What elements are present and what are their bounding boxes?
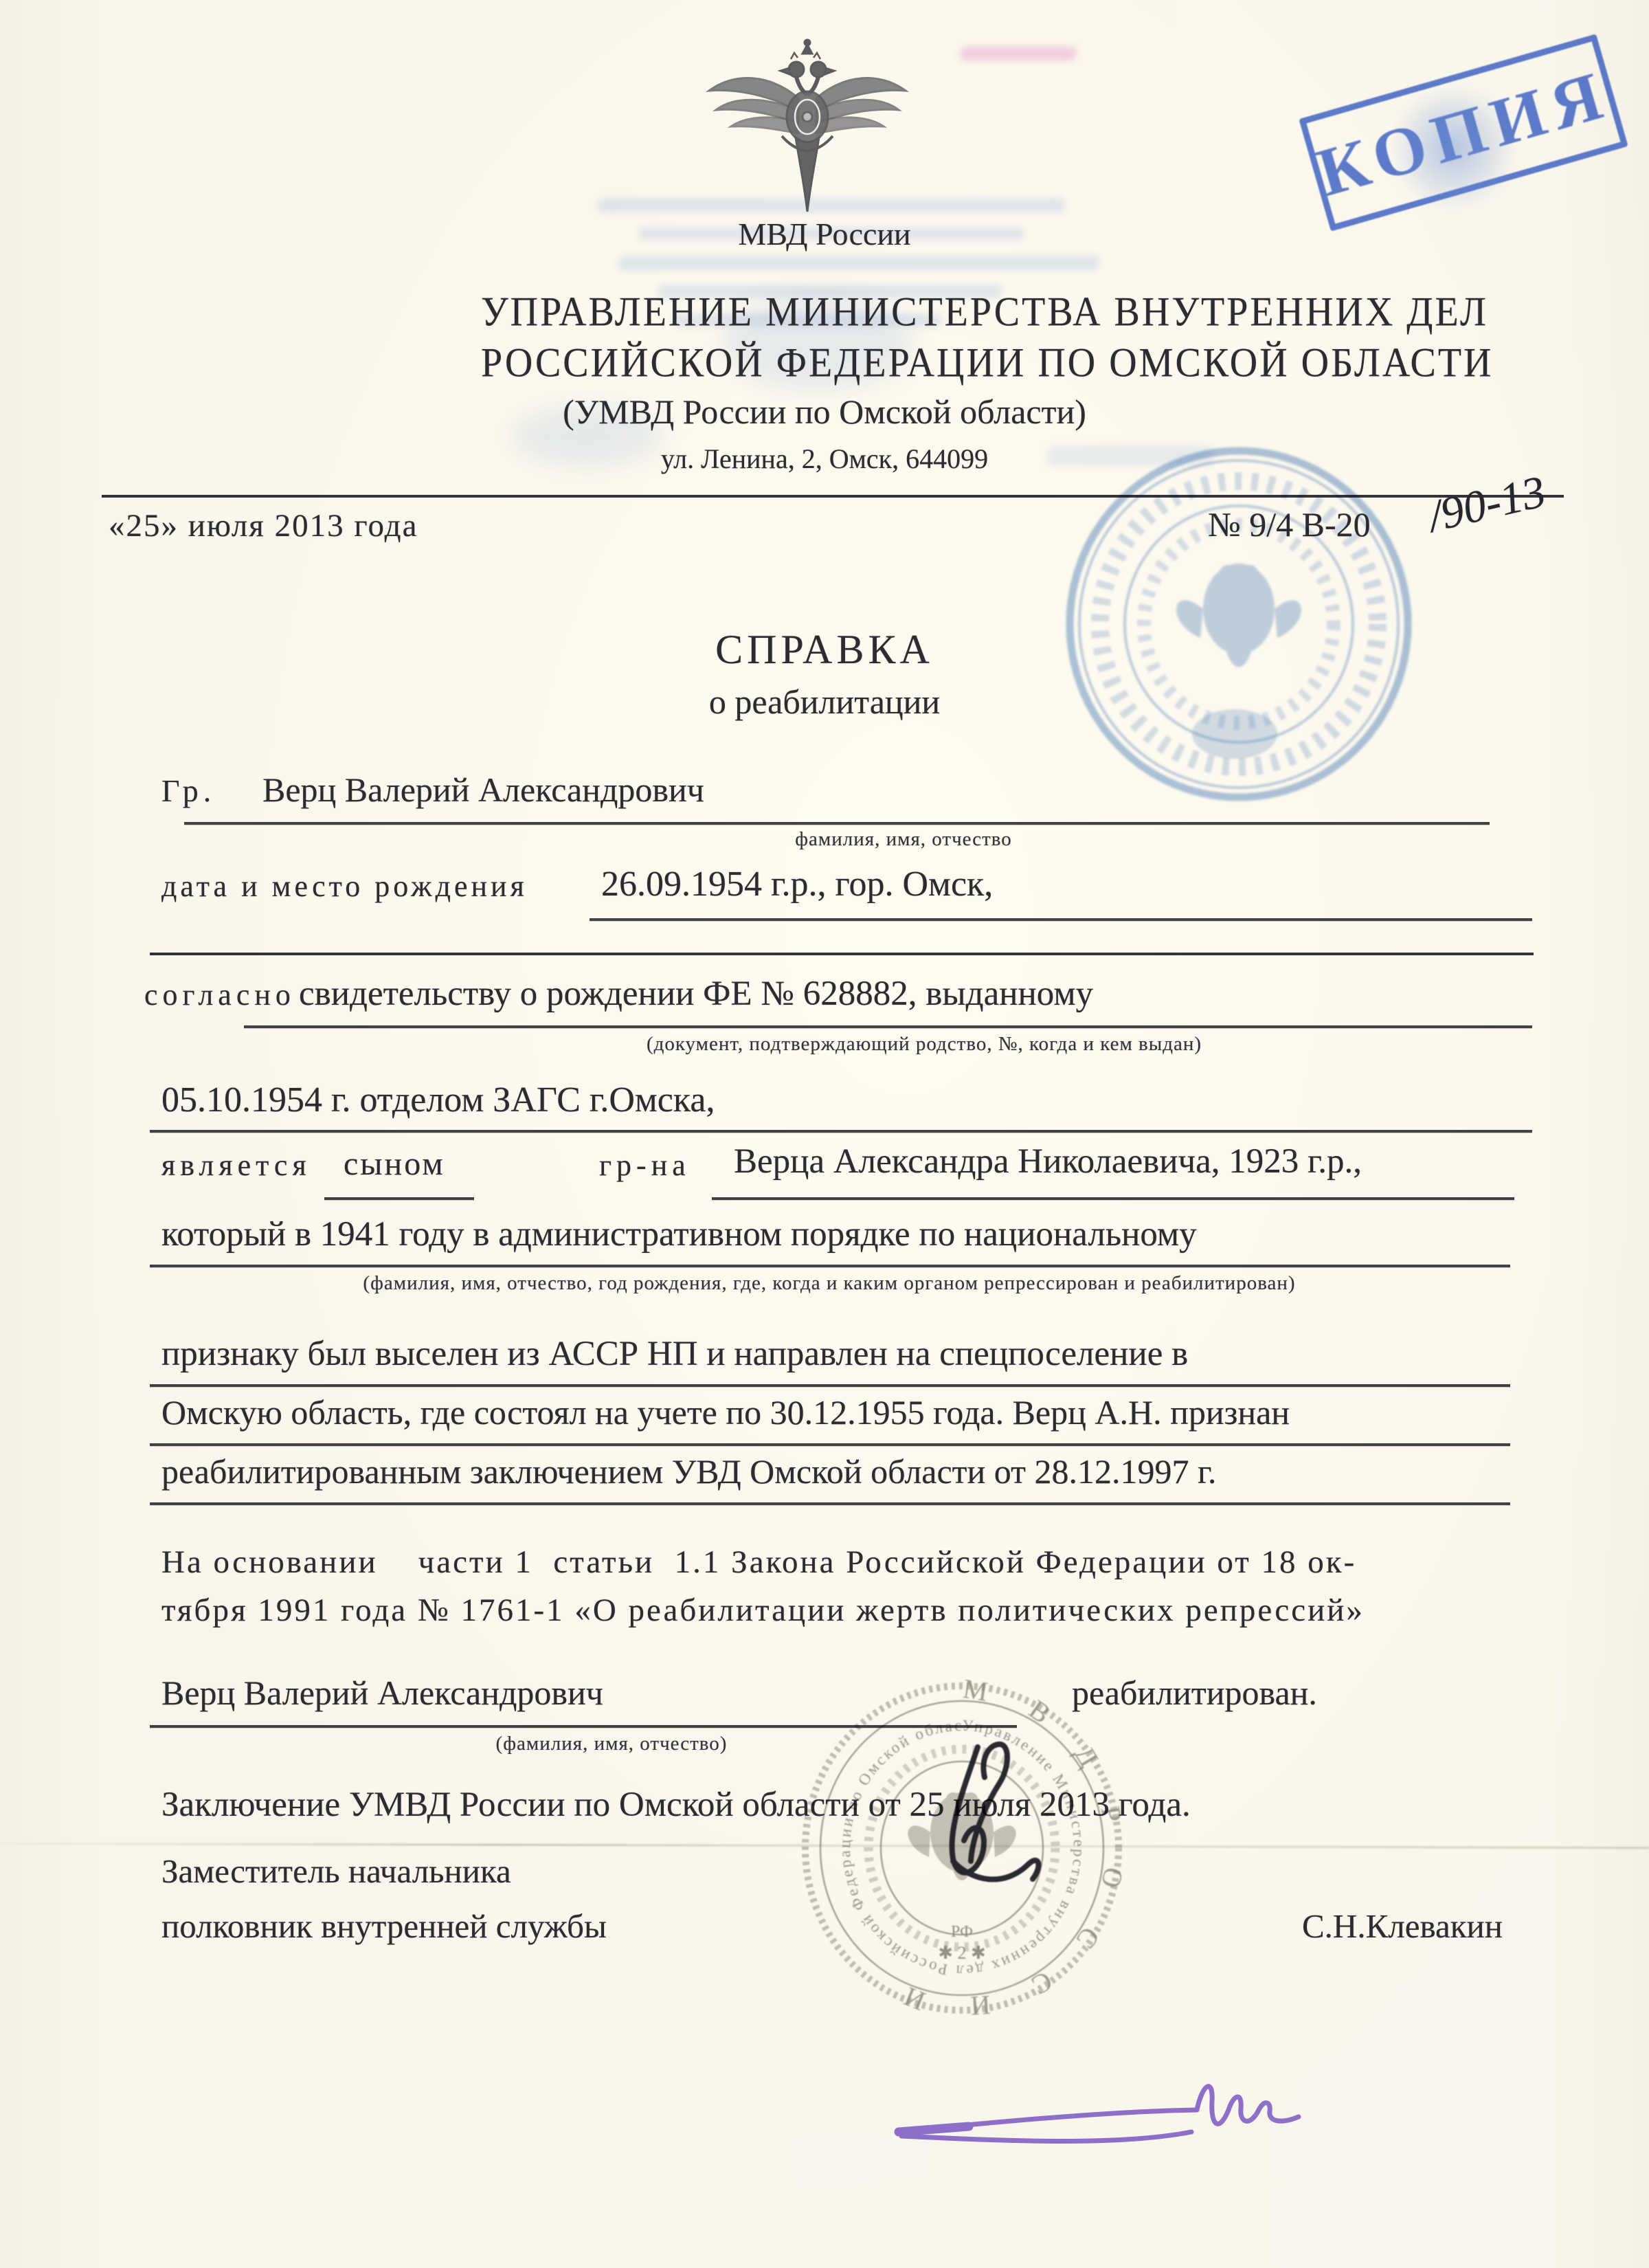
according-value: свидетельству о рождении ФЕ № 628882, вы… <box>299 975 1093 1013</box>
round-stamp-grey: М В Д Р О С С И И Управление Министерств… <box>800 1681 1123 2015</box>
stamp-rf-text: РФ <box>951 1923 973 1941</box>
field-underline <box>590 918 1532 921</box>
ink-bleedthrough <box>618 256 1100 271</box>
round-stamp-blue <box>1062 445 1415 803</box>
field-underline <box>150 1130 1532 1133</box>
field-underline <box>150 1265 1510 1267</box>
document-number-handwritten: /90-13 <box>1424 467 1550 542</box>
document-page: МВД России УПРАВЛЕНИЕ МИНИСТЕРСТВА ВНУТР… <box>0 0 1649 2268</box>
document-title: СПРАВКА <box>481 627 1168 672</box>
ink-smudge-pink <box>960 47 1076 60</box>
section-rule <box>150 953 1534 955</box>
according-field-caption: (документ, подтверждающий родство, №, ко… <box>581 1034 1268 1056</box>
document-subtitle: о реабилитации <box>481 683 1168 721</box>
father-field-caption: (фамилия, имя, отчество, год рождения, г… <box>293 1273 1365 1295</box>
document-date: «25» июля 2013 года <box>109 509 418 544</box>
mvd-eagle-emblem <box>694 33 921 220</box>
signer-title-line1: Заместитель начальника <box>161 1853 511 1890</box>
org-name-line1: УПРАВЛЕНИЕ МИНИСТЕРСТВА ВНУТРЕННИХ ДЕЛ <box>481 290 1168 336</box>
citizen-name-value: Верц Валерий Александрович <box>262 771 704 809</box>
field-underline <box>150 1443 1510 1446</box>
org-name-line2: РОССИЙСКОЙ ФЕДЕРАЦИИ ПО ОМСКОЙ ОБЛАСТИ <box>481 341 1168 387</box>
signer-title-line2: полковник внутренней службы <box>161 1908 607 1945</box>
repression-line-1941: который в 1941 году в административном п… <box>161 1215 1197 1254</box>
legal-basis-line1: На основании части 1 статьи 1.1 Закона Р… <box>161 1545 1356 1581</box>
deportation-line: признаку был выселен из АССР НП и направ… <box>161 1335 1188 1373</box>
citizen-prefix-label: Гр. <box>161 774 216 809</box>
rehabilitation-1997-line: реабилитированным заключением УВД Омской… <box>161 1453 1216 1491</box>
field-underline <box>150 1384 1510 1387</box>
org-name-short: МВД России <box>481 217 1168 252</box>
field-underline <box>324 1197 474 1200</box>
omsk-registration-line: Омскую область, где состоял на учете по … <box>161 1394 1290 1432</box>
field-underline <box>184 822 1490 825</box>
signer-name: С.Н.Клевакин <box>1302 1908 1503 1945</box>
relation-label: является <box>161 1149 311 1182</box>
issued-line: 05.10.1954 г. отделом ЗАГС г.Омска, <box>161 1080 715 1120</box>
father-name-value: Верца Александра Николаевича, 1923 г.р., <box>734 1142 1362 1181</box>
stamp-number-text: ✱ 2 ✱ <box>938 1943 986 1963</box>
citizen-label: гр-на <box>599 1149 691 1182</box>
relation-value: сыном <box>344 1146 445 1183</box>
field-underline <box>244 1025 1532 1028</box>
org-name-line3: (УМВД России по Омской области) <box>481 393 1168 431</box>
birth-value: 26.09.1954 г.р., гор. Омск, <box>601 865 993 904</box>
according-label: согласно <box>144 979 295 1012</box>
rehabilitated-name-value: Верц Валерий Александрович <box>161 1674 603 1712</box>
birth-label: дата и место рождения <box>161 870 528 903</box>
name-field-caption: фамилия, имя, отчество <box>629 829 1178 851</box>
legal-basis-line2: тября 1991 года № 1761-1 «О реабилитации… <box>161 1593 1365 1629</box>
field-underline <box>150 1502 1510 1505</box>
pen-signature-purple <box>886 2069 1326 2186</box>
field-underline <box>712 1197 1514 1200</box>
